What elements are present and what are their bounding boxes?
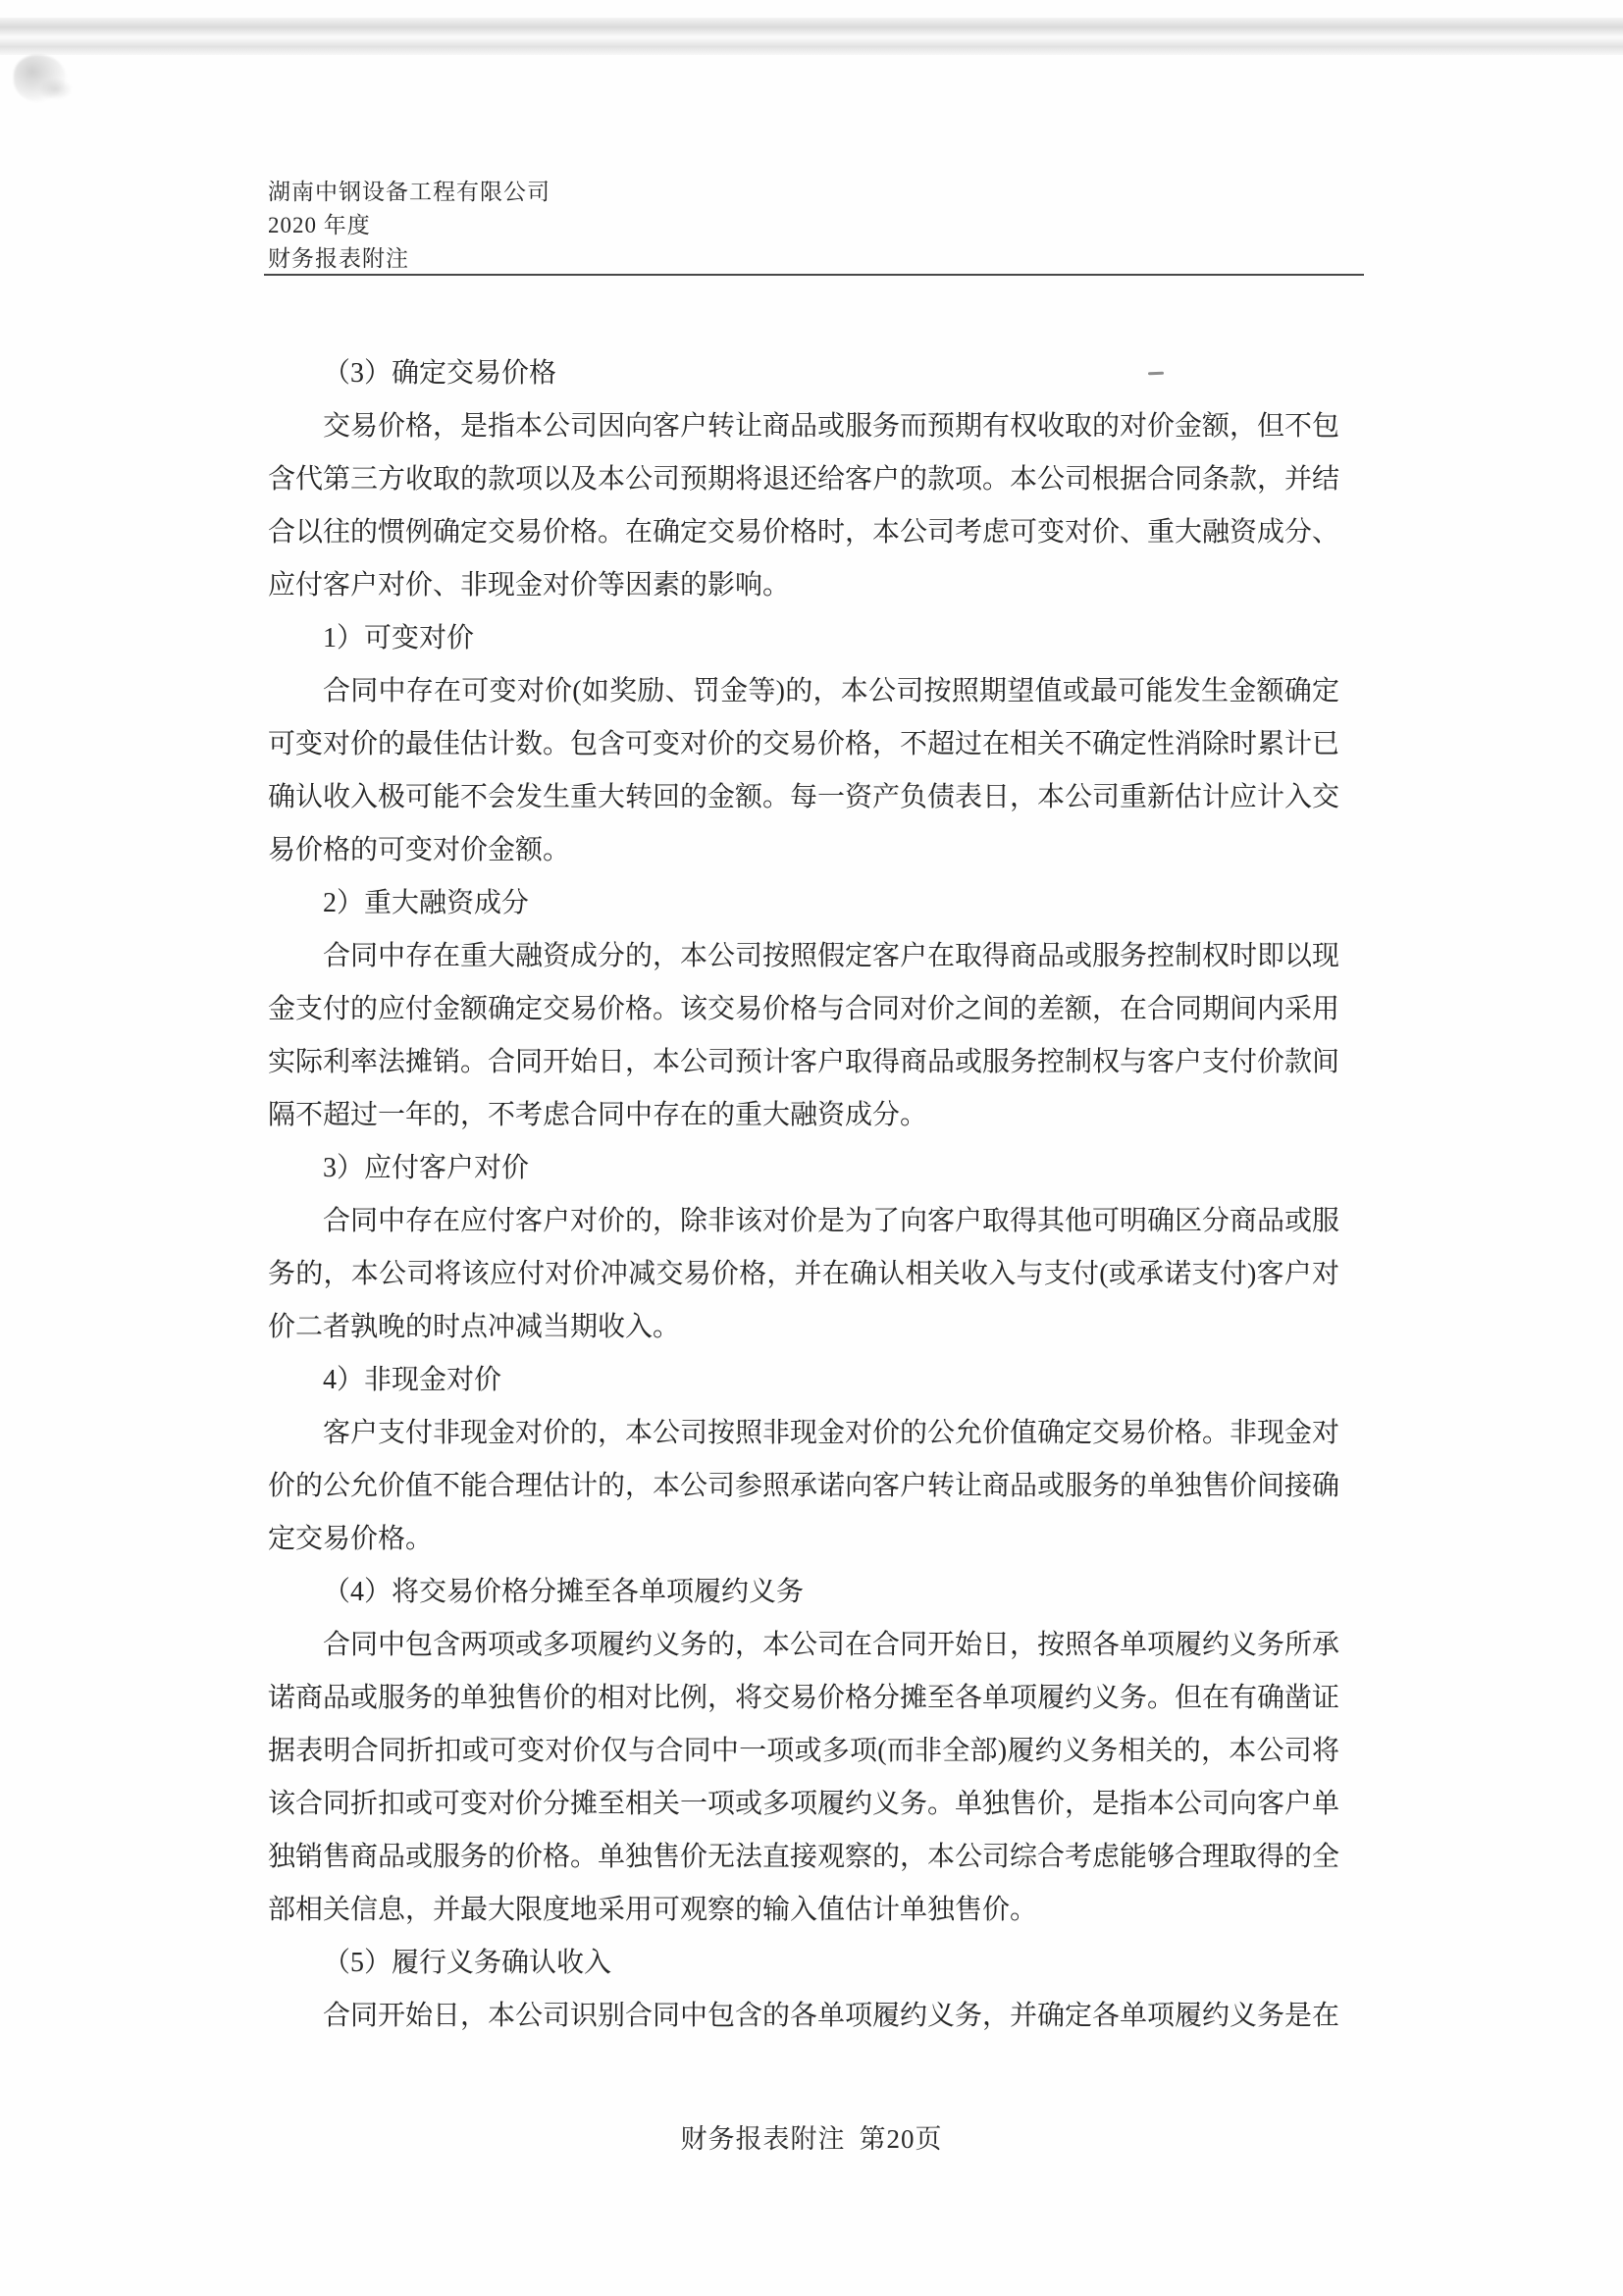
body-paragraph: 客户支付非现金对价的，本公司按照非现金对价的公允价值确定交易价格。非现金对价的公… xyxy=(268,1407,1339,1566)
section-heading: （5）履行义务确认收入 xyxy=(268,1937,1339,1990)
body-paragraph: 合同中包含两项或多项履约义务的，本公司在合同开始日，按照各单项履约义务所承诺商品… xyxy=(268,1619,1339,1937)
header-rule xyxy=(264,274,1364,276)
section-heading: 2）重大融资成分 xyxy=(268,877,1339,930)
document-page: 湖南中钢设备工程有限公司 2020 年度 财务报表附注 （3）确定交易价格交易价… xyxy=(0,0,1623,2296)
section-heading: （3）确定交易价格 xyxy=(268,347,1339,400)
scan-artifact-blob-small xyxy=(39,78,73,100)
page-footer: 财务报表附注第20页 xyxy=(0,2117,1623,2156)
body-paragraph: 合同中存在可变对价(如奖励、罚金等)的，本公司按照期望值或最可能发生金额确定可变… xyxy=(268,665,1339,877)
section-heading: 3）应付客户对价 xyxy=(268,1142,1339,1195)
document-header: 湖南中钢设备工程有限公司 2020 年度 财务报表附注 xyxy=(268,176,550,276)
body-paragraph: 合同中存在重大融资成分的，本公司按照假定客户在取得商品或服务控制权时即以现金支付… xyxy=(268,930,1339,1142)
document-title: 财务报表附注 xyxy=(268,242,550,276)
footer-label: 财务报表附注 xyxy=(681,2124,846,2154)
scan-artifact-band xyxy=(0,18,1623,55)
section-heading: 1）可变对价 xyxy=(268,612,1339,665)
section-heading: （4）将交易价格分摊至各单项履约义务 xyxy=(268,1566,1339,1619)
body-paragraph: 交易价格，是指本公司因向客户转让商品或服务而预期有权收取的对价金额，但不包含代第… xyxy=(268,400,1339,612)
body-paragraph: 合同中存在应付客户对价的，除非该对价是为了向客户取得其他可明确区分商品或服务的，… xyxy=(268,1195,1339,1354)
report-period: 2020 年度 xyxy=(268,209,550,242)
footer-page-number: 第20页 xyxy=(860,2124,943,2154)
company-name: 湖南中钢设备工程有限公司 xyxy=(268,176,550,209)
section-heading: 4）非现金对价 xyxy=(268,1354,1339,1407)
body-paragraph: 合同开始日，本公司识别合同中包含的各单项履约义务，并确定各单项履约义务是在 xyxy=(268,1990,1339,2043)
document-body: （3）确定交易价格交易价格，是指本公司因向客户转让商品或服务而预期有权收取的对价… xyxy=(268,347,1339,2043)
